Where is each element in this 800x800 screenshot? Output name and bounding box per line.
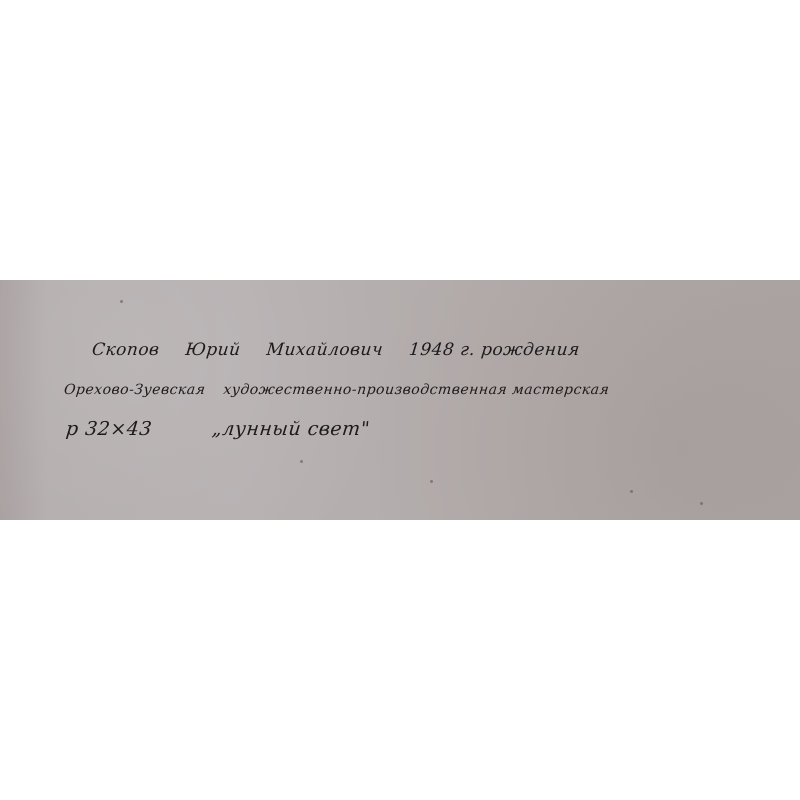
artist-patronymic: Михайлович (266, 340, 385, 360)
artist-birth-year: 1948 г. рождения (408, 340, 581, 360)
workshop-city: Орехово-Зуевская (63, 382, 206, 398)
paper-speck (430, 480, 433, 483)
paper-speck (630, 490, 633, 493)
photo: СкоповЮрийМихайлович1948 г. рождения Оре… (0, 0, 800, 800)
inscription-line-workshop: Орехово-Зуевскаяхудожественно-производст… (63, 382, 628, 398)
paper-speck (700, 502, 703, 505)
artist-surname: Скопов (91, 340, 161, 360)
paper-speck (300, 460, 303, 463)
inscription-line-artwork: р 32×43„лунный свет" (65, 418, 397, 440)
artwork-title: „лунный свет" (211, 418, 371, 440)
paper-speck (120, 300, 123, 303)
artwork-size: р 32×43 (65, 418, 153, 440)
artist-first-name: Юрий (184, 340, 241, 360)
paper-label (0, 280, 800, 520)
workshop-type: художественно-производственная мастерска… (223, 382, 611, 398)
inscription-line-artist: СкоповЮрийМихайлович1948 г. рождения (91, 340, 607, 360)
